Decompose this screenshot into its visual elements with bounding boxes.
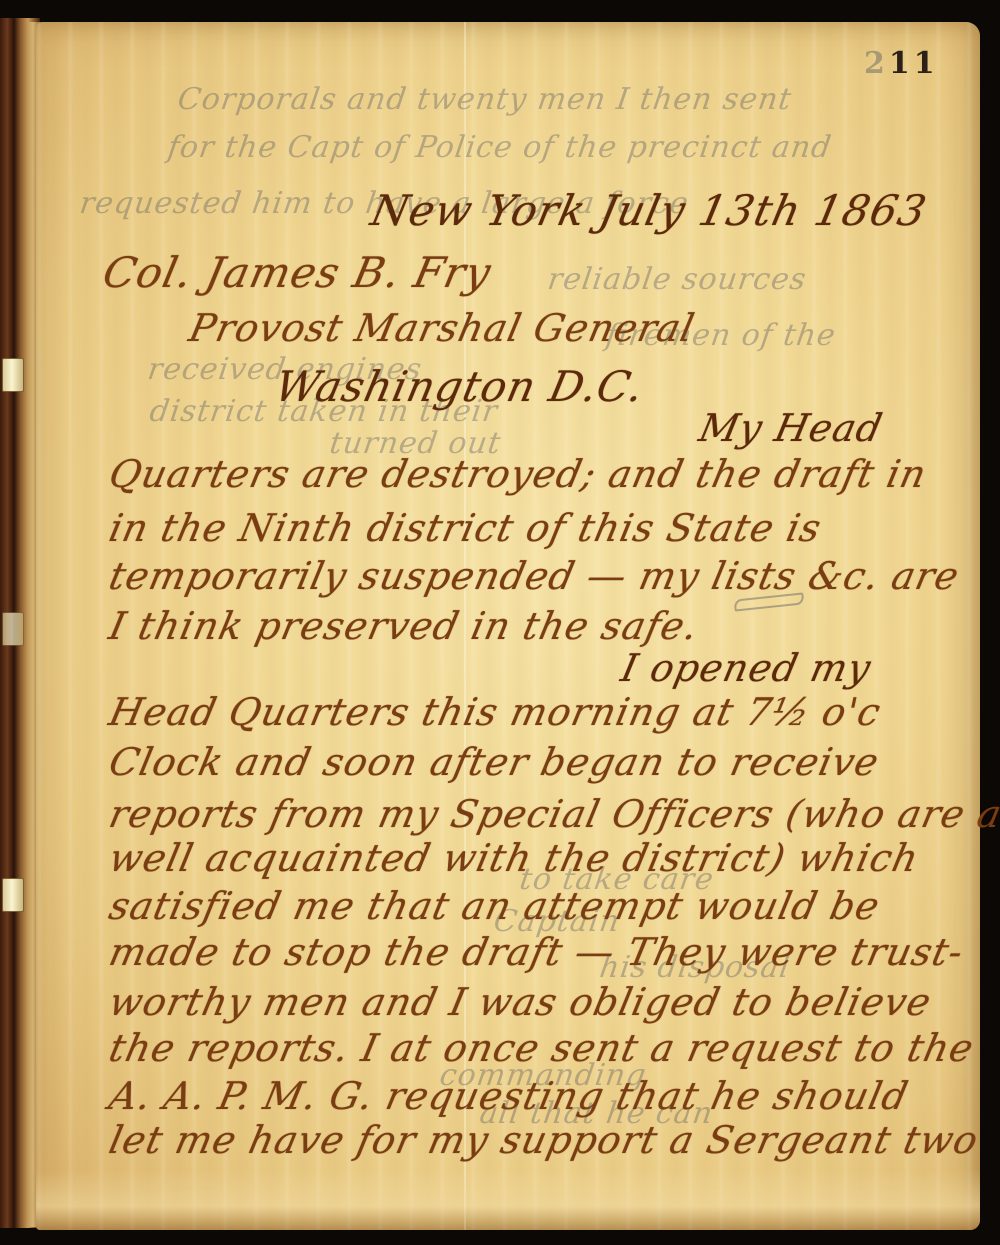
letter-line: Clock and soon after began to receive [105,740,883,784]
binding-clip [2,612,24,646]
letter-line: I think preserved in the safe. [105,604,702,648]
scanned-page: 211 Corporals and twenty men I then sent… [0,0,1000,1245]
paper-bottom-edge [36,1170,980,1230]
letter-line: well acquainted with the district) which [105,836,923,880]
page-number-faint: 2 [864,46,889,81]
page-number-digits: 11 [889,46,939,81]
letter-line: made to stop the draft — They were trust… [105,930,967,974]
letter-line: in the Ninth district of this State is [105,506,825,550]
pencil-line: Corporals and twenty men I then sent [176,82,795,117]
letter-line: A. A. P. M. G. requesting that he should [105,1074,912,1118]
letter-line: reports from my Special Officers (who ar… [105,792,1000,836]
letter-line: satisfied me that an attempt would be [105,884,884,928]
recipient-name: Col. James B. Fry [99,248,496,297]
binding-clip [2,878,24,912]
pencil-line: reliable sources [546,262,809,297]
letter-line: I opened my [617,646,875,690]
binding-clip [2,358,24,392]
letter-line: let me have for my support a Sergeant tw… [105,1118,982,1162]
letter-line: My Head [695,406,886,450]
place-date: New York July 13th 1863 [367,186,932,235]
letter-line: Quarters are destroyed; and the draft in [105,452,931,496]
recipient-title: Provost Marshal General [185,306,699,350]
letter-line: Head Quarters this morning at 7½ o'c [105,690,885,734]
letter-line: the reports. I at once sent a request to… [105,1026,978,1070]
pencil-line: for the Capt of Police of the precinct a… [166,130,834,165]
letter-line: worthy men and I was obliged to believe [105,980,935,1024]
page-number: 211 [864,46,939,81]
letter-line: temporarily suspended — my lists &c. are [105,554,963,598]
recipient-location: Washington D.C. [271,362,649,411]
